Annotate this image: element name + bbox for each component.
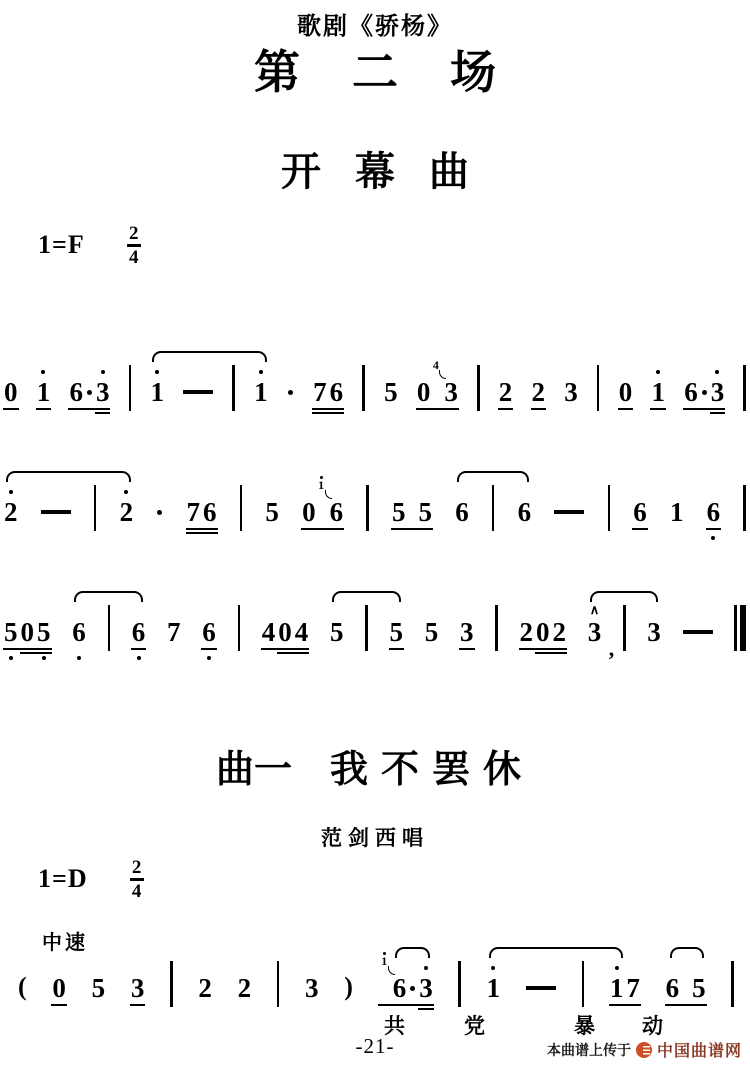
note-part: 0: [52, 974, 66, 1002]
note-parts: [156, 498, 163, 526]
note-part: 4: [295, 618, 309, 646]
note-number: 0: [417, 378, 431, 406]
beam-line: [20, 652, 52, 654]
parenthesis: (: [18, 974, 27, 1000]
note-part: [287, 378, 294, 406]
note-token: 2: [4, 498, 18, 526]
note-part: 7: [167, 618, 181, 646]
note-parts: 2: [120, 498, 134, 526]
note-number: 5: [92, 974, 106, 1002]
note-part: 6: [666, 974, 680, 1002]
octave-dot-high: [41, 370, 45, 374]
note-part: 6: [132, 618, 146, 646]
beam-line: [201, 648, 217, 650]
barline: [362, 365, 365, 411]
watermark: 本曲谱上传于 中国曲谱网: [547, 1038, 742, 1061]
note-number: 6: [684, 378, 698, 406]
beam-line: [51, 1004, 67, 1006]
augmentation-dot: [410, 986, 415, 991]
note-number: 3: [647, 618, 661, 646]
note-token: 1: [670, 498, 684, 526]
note-part: 3: [564, 378, 578, 406]
note-token: 76: [187, 498, 217, 526]
note-number: 5: [392, 498, 406, 526]
note-part: 1: [651, 378, 665, 406]
augmentation-dot: [157, 510, 162, 515]
note-token: 0: [619, 378, 633, 406]
note-part: 5: [692, 974, 706, 1002]
note-number: 5: [692, 974, 706, 1002]
dash-line: [526, 986, 556, 990]
note-number: 3: [460, 618, 474, 646]
note-part: 1: [670, 498, 684, 526]
beam-line: [416, 408, 459, 410]
beam-line: [498, 408, 514, 410]
note-part: 3: [647, 618, 661, 646]
note-number: 7: [167, 618, 181, 646]
octave-dot-high: [101, 370, 105, 374]
barline: [582, 961, 585, 1007]
beam-line: [459, 648, 475, 650]
note-number: 6: [518, 498, 532, 526]
note-part: 6: [684, 378, 698, 406]
octave-dot-low: [711, 536, 715, 540]
note-part: 1: [37, 378, 51, 406]
note-token: 3: [131, 974, 145, 1002]
note-parts: 17: [610, 974, 640, 1002]
octave-dot-high: [383, 952, 386, 955]
beam-line: [618, 408, 634, 410]
note-part: 7: [313, 378, 327, 406]
dash-note: [183, 390, 213, 394]
music-line-4: (053223)16311765: [18, 942, 734, 1002]
note-token: 6: [518, 498, 532, 526]
barline: [277, 961, 280, 1007]
note-token: 6: [72, 618, 86, 646]
note-parts: 1: [670, 498, 684, 526]
tonic-1: 1=F: [38, 230, 85, 260]
note-token: 5: [425, 618, 439, 646]
note-token: 5: [92, 974, 106, 1002]
beam-line: [609, 1004, 641, 1006]
note-part: 1: [150, 378, 164, 406]
barline: [623, 605, 626, 651]
dash-note: [41, 510, 71, 514]
barline: [108, 605, 111, 651]
dash-line: [41, 510, 71, 514]
note-number: 1: [610, 974, 624, 1002]
note-part: 16: [393, 974, 407, 1002]
beam-line: [650, 408, 666, 410]
note-token: 1: [37, 378, 51, 406]
note-number: 2: [4, 498, 18, 526]
note-parts: 6: [72, 618, 86, 646]
note-number: 0: [21, 618, 35, 646]
beamed-tail: 02: [536, 618, 566, 646]
note-part: 6: [707, 498, 721, 526]
note-part: 7: [626, 974, 640, 1002]
note-parts: 1: [487, 974, 501, 1002]
note-parts: 404: [262, 618, 309, 646]
note-token: [287, 378, 294, 406]
note-parts: 3: [647, 618, 661, 646]
note-token: 3: [460, 618, 474, 646]
note-token: 1: [150, 378, 164, 406]
octave-dot-low: [207, 656, 211, 660]
note-token: 3: [564, 378, 578, 406]
beam-line: [277, 652, 309, 654]
note-parts: 5: [265, 498, 279, 526]
note-parts: 6: [202, 618, 216, 646]
music-line-3: 505667640455532023∧,3: [4, 586, 746, 646]
note-token: 5: [330, 618, 344, 646]
octave-dot-high: [9, 490, 13, 494]
parenthesis: ): [344, 974, 353, 1000]
note-parts: 7: [167, 618, 181, 646]
note-token: 55: [392, 498, 432, 526]
beam-line: [95, 412, 111, 414]
barline: [743, 485, 746, 531]
note-part: 1: [487, 974, 501, 1002]
augmentation-dot: [702, 390, 707, 395]
note-number: 1: [670, 498, 684, 526]
barline: [366, 485, 369, 531]
note-part: 1: [610, 974, 624, 1002]
note-number: 6: [202, 618, 216, 646]
beam-line: [186, 528, 218, 530]
note-part: 5: [37, 618, 51, 646]
dash-note: [683, 630, 713, 634]
note-parts: 2: [238, 974, 252, 1002]
note-token: 1: [651, 378, 665, 406]
beam-line: [36, 408, 52, 410]
note-number: 7: [313, 378, 327, 406]
note-number: 2: [120, 498, 134, 526]
note-part: 2: [553, 618, 567, 646]
note-parts: 0: [619, 378, 633, 406]
note-number: 1: [150, 378, 164, 406]
note-parts: 3: [305, 974, 319, 1002]
note-number: 5: [37, 618, 51, 646]
barline: [170, 961, 173, 1007]
octave-dot-high: [715, 370, 719, 374]
note-part: 6: [202, 618, 216, 646]
time-numerator-1: 2: [129, 224, 139, 243]
note-part: 3: [460, 618, 474, 646]
note-part: 2: [532, 378, 546, 406]
grace-note: 4: [430, 360, 441, 371]
note-token: 6: [707, 498, 721, 526]
note-part: 2: [499, 378, 513, 406]
note-number: 0: [52, 974, 66, 1002]
note-token: 65: [666, 974, 706, 1002]
tie-slur: [332, 591, 402, 602]
note-part: [86, 378, 93, 406]
note-part: 6: [72, 618, 86, 646]
tie-slur: [6, 471, 132, 482]
note-token: 0: [52, 974, 66, 1002]
note-part: [701, 378, 708, 406]
time-denominator-2: 4: [132, 882, 142, 901]
note-part: 3∧,: [588, 618, 602, 646]
note-part: 2: [238, 974, 252, 1002]
note-part: 6: [455, 498, 469, 526]
note-number: 7: [187, 498, 201, 526]
beam-line: [706, 528, 722, 530]
note-token: 6: [132, 618, 146, 646]
note-parts: 63: [69, 378, 109, 406]
tonic-2: 1=D: [38, 864, 88, 894]
beam-line: [3, 648, 52, 650]
note-token: 202: [520, 618, 567, 646]
note-number: 6: [203, 498, 217, 526]
barline: [477, 365, 480, 411]
note-token: 505: [4, 618, 51, 646]
watermark-text: 本曲谱上传于: [547, 1040, 631, 1060]
note-part: 0: [619, 378, 633, 406]
note-part: [156, 498, 163, 526]
tie-slur: [395, 947, 430, 958]
note-token: 1: [254, 378, 268, 406]
note-number: 5: [425, 618, 439, 646]
beam-line: [3, 408, 19, 410]
note-part: 6: [69, 378, 83, 406]
note-number: 3: [564, 378, 578, 406]
beam-line: [312, 412, 344, 414]
note-token: 6: [633, 498, 647, 526]
note-part: 1: [254, 378, 268, 406]
note-parts: 6: [455, 498, 469, 526]
piece-title-overture: 开幕曲: [0, 140, 750, 197]
note-part: 5: [425, 618, 439, 646]
octave-dot-high: [615, 966, 619, 970]
note-number: 2: [238, 974, 252, 1002]
tie-slur: [670, 947, 704, 958]
note-number: 5: [4, 618, 18, 646]
note-number: 6: [330, 498, 344, 526]
note-parts: 6: [132, 618, 146, 646]
note-token: 6: [455, 498, 469, 526]
barline: [492, 485, 495, 531]
note-parts: 0: [52, 974, 66, 1002]
note-part: 16: [330, 498, 344, 526]
octave-dot-low: [42, 656, 46, 660]
octave-dot-high: [491, 966, 495, 970]
beam-line: [186, 532, 218, 534]
note-token: 2: [238, 974, 252, 1002]
note-number: 3: [305, 974, 319, 1002]
tie-slur: [590, 591, 659, 602]
note-part: 5: [265, 498, 279, 526]
note-parts: 1: [150, 378, 164, 406]
dash-line: [183, 390, 213, 394]
note-number: 3: [131, 974, 145, 1002]
song-number: 曲一: [216, 738, 292, 793]
score-page: { "header": { "opera": "歌剧《骄杨》", "scene"…: [0, 0, 750, 1066]
tie-slur: [74, 591, 144, 602]
time-signature-2: 2 4: [130, 858, 144, 901]
beam-line: [130, 1004, 146, 1006]
grace-note: 1: [379, 956, 390, 967]
barline: [597, 365, 600, 411]
beam-line: [378, 1004, 434, 1006]
beam-line: [531, 408, 547, 410]
bar-thin: [734, 605, 737, 651]
note-parts: 1: [37, 378, 51, 406]
note-part: 3: [419, 974, 433, 1002]
note-number: 1: [487, 974, 501, 1002]
note-number: 3: [96, 378, 110, 406]
note-parts: 202: [520, 618, 567, 646]
note-number: 0: [302, 498, 316, 526]
dash-line: [554, 510, 584, 514]
barline: [240, 485, 243, 531]
key-signature-2: 1=D 2 4: [38, 858, 144, 901]
beam-line: [261, 648, 310, 650]
note-part: 3: [711, 378, 725, 406]
scene-title: 第二场: [0, 36, 750, 102]
dash-note: [526, 986, 556, 990]
dash-note: [554, 510, 584, 514]
note-token: [156, 498, 163, 526]
watermark-site-name: 中国曲谱网: [657, 1038, 742, 1061]
barline: [365, 605, 368, 651]
note-token: 043: [417, 378, 458, 406]
note-token: 5: [384, 378, 398, 406]
site-logo-icon: [636, 1042, 652, 1058]
note-number: 1: [254, 378, 268, 406]
music-line-1: 0163117650432230163: [4, 346, 746, 406]
note-part: 5: [384, 378, 398, 406]
note-number: 6: [393, 974, 407, 1002]
note-number: 5: [419, 498, 433, 526]
note-part: 0: [536, 618, 550, 646]
barline: [238, 605, 241, 651]
note-parts: 2: [4, 498, 18, 526]
note-parts: 043: [417, 378, 458, 406]
note-number: 5: [265, 498, 279, 526]
note-part: 6: [330, 378, 344, 406]
note-token: 76: [313, 378, 343, 406]
note-number: 0: [278, 618, 292, 646]
note-token: 163: [379, 974, 433, 1002]
accent-mark: ∧: [590, 604, 600, 616]
key-signature-1: 1=F 2 4: [38, 224, 141, 267]
note-part: 7: [187, 498, 201, 526]
note-number: 2: [553, 618, 567, 646]
note-number: 1: [37, 378, 51, 406]
note-token: 2: [198, 974, 212, 1002]
beam-line: [131, 648, 147, 650]
note-part: 6: [203, 498, 217, 526]
note-parts: 2: [198, 974, 212, 1002]
note-part: 2: [120, 498, 134, 526]
note-parts: [287, 378, 294, 406]
note-parts: 6: [707, 498, 721, 526]
note-number: 0: [4, 378, 18, 406]
octave-dot-high: [259, 370, 263, 374]
note-parts: 016: [302, 498, 343, 526]
note-part: 6: [518, 498, 532, 526]
dash-line: [683, 630, 713, 634]
note-number: 3: [711, 378, 725, 406]
song-title: 曲一 我不罢休: [0, 738, 750, 793]
grace-note: 1: [316, 480, 327, 491]
note-parts: 5: [390, 618, 404, 646]
note-token: 2: [532, 378, 546, 406]
augmentation-dot: [87, 390, 92, 395]
note-token: 6: [202, 618, 216, 646]
note-number: 5: [384, 378, 398, 406]
note-number: 3: [588, 618, 602, 646]
note-number: 7: [626, 974, 640, 1002]
note-number: 3: [444, 378, 458, 406]
grace-slur-icon: [439, 370, 446, 379]
beamed-tail: 04: [278, 618, 308, 646]
octave-dot-high: [656, 370, 660, 374]
time-numerator-2: 2: [132, 858, 142, 877]
note-parts: 6: [633, 498, 647, 526]
note-number: 0: [619, 378, 633, 406]
note-parts: 5: [425, 618, 439, 646]
note-part: 2: [520, 618, 534, 646]
note-part: 3: [96, 378, 110, 406]
barline: [495, 605, 498, 651]
note-part: 5: [92, 974, 106, 1002]
final-barline: [734, 605, 746, 651]
note-parts: 65: [666, 974, 706, 1002]
octave-dot-low: [77, 656, 81, 660]
barline: [743, 365, 746, 411]
note-parts: 3: [460, 618, 474, 646]
note-part: 2: [4, 498, 18, 526]
note-number: 6: [633, 498, 647, 526]
note-number: 6: [707, 498, 721, 526]
note-parts: 1: [651, 378, 665, 406]
tie-slur: [489, 947, 624, 958]
note-part: 0: [417, 378, 431, 406]
note-token: 5: [265, 498, 279, 526]
grace-slur-icon: [388, 966, 395, 975]
note-part: 0: [278, 618, 292, 646]
note-parts: 76: [187, 498, 217, 526]
bar-thick: [740, 605, 746, 651]
beam-line: [632, 528, 648, 530]
note-token: 5: [390, 618, 404, 646]
note-part: 2: [198, 974, 212, 1002]
octave-dot-low: [9, 656, 13, 660]
note-part: 0: [4, 378, 18, 406]
note-part: 6: [633, 498, 647, 526]
note-parts: 55: [392, 498, 432, 526]
note-part: 0: [302, 498, 316, 526]
note-token: 7: [167, 618, 181, 646]
note-parts: 76: [313, 378, 343, 406]
note-number: 3: [419, 974, 433, 1002]
note-parts: 3: [564, 378, 578, 406]
note-part: 5: [390, 618, 404, 646]
time-denominator-1: 4: [129, 248, 139, 267]
note-parts: 3∧,: [588, 618, 602, 646]
note-token: 2: [499, 378, 513, 406]
beam-line: [683, 408, 725, 410]
octave-dot-low: [137, 656, 141, 660]
note-parts: 3: [131, 974, 145, 1002]
beamed-tail: 05: [21, 618, 51, 646]
note-number: 1: [651, 378, 665, 406]
barline: [129, 365, 132, 411]
beam-line: [312, 408, 344, 410]
